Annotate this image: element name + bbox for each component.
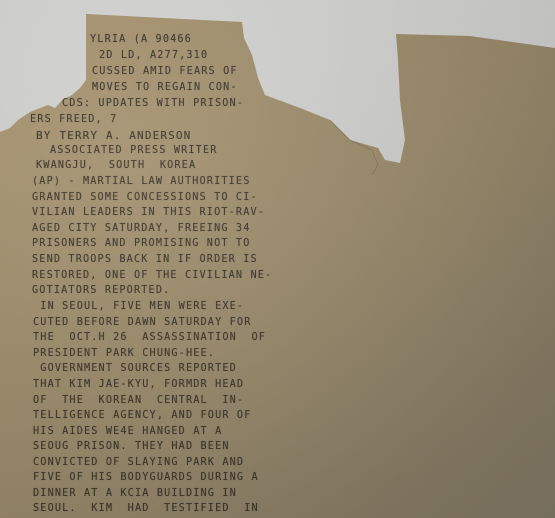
body-line: SEOUG PRISON. THEY HAD BEEN [33,441,230,452]
body-line: OF THE KOREAN CENTRAL IN- [33,395,244,406]
body-line: CONVICTED OF SLAYING PARK AND [33,457,244,468]
credit-line: ASSOCIATED PRESS WRITER [50,145,218,156]
byline: BY TERRY A. ANDERSON [36,129,191,142]
slug-line: CUSSED AMID FEARS OF [92,66,238,77]
slug-line: YLRIA (A 90466 [90,34,192,45]
body-line: GRANTED SOME CONCESSIONS TO CI- [32,192,258,203]
body-line: THE OCT.H 26 ASSASSINATION OF [33,332,266,343]
body-line: IN SEOUL, FIVE MEN WERE EXE- [33,301,244,312]
body-line: SEND TROOPS BACK IN IF ORDER IS [32,254,258,265]
body-line: DINNER AT A KCIA BUILDING IN [33,488,237,499]
body-line: RESTORED, ONE OF THE CIVILIAN NE- [32,270,272,281]
slug-line: MOVES TO REGAIN CON- [92,82,238,93]
body-line: GOVERNMENT SOURCES REPORTED [33,363,237,374]
body-line: AGED CITY SATURDAY, FREEING 34 [32,223,251,234]
body-line: SEOUL. KIM HAD TESTIFIED IN [33,503,259,514]
body-line: THAT KIM JAE-KYU, FORMDR HEAD [33,379,244,390]
body-line: PRESIDENT PARK CHUNG-HEE. [33,348,215,359]
body-line: HIS AIDES WE4E HANGED AT A [33,426,222,437]
slug-line: 2D LD, A277,310 [99,50,208,61]
article-text: YLRIA (A 90466 2D LD, A277,310 CUSSED AM… [0,0,555,518]
body-line: FIVE OF HIS BODYGUARDS DURING A [33,472,259,483]
slug-line: CDS: UPDATES WITH PRISON- [62,98,244,109]
body-line: TELLIGENCE AGENCY, AND FOUR OF [33,410,252,421]
body-line: PRISONERS AND PROMISING NOT TO [32,238,251,249]
slug-line: ERS FREED, 7 [30,114,117,125]
body-line: (AP) - MARTIAL LAW AUTHORITIES [32,176,251,187]
body-line: VILIAN LEADERS IN THIS RIOT-RAV- [32,207,265,218]
body-line: GOTIATORS REPORTED. [32,285,170,296]
dateline: KWANGJU, SOUTH KOREA [36,160,196,171]
body-line: CUTED BEFORE DAWN SATURDAY FOR [33,317,252,328]
